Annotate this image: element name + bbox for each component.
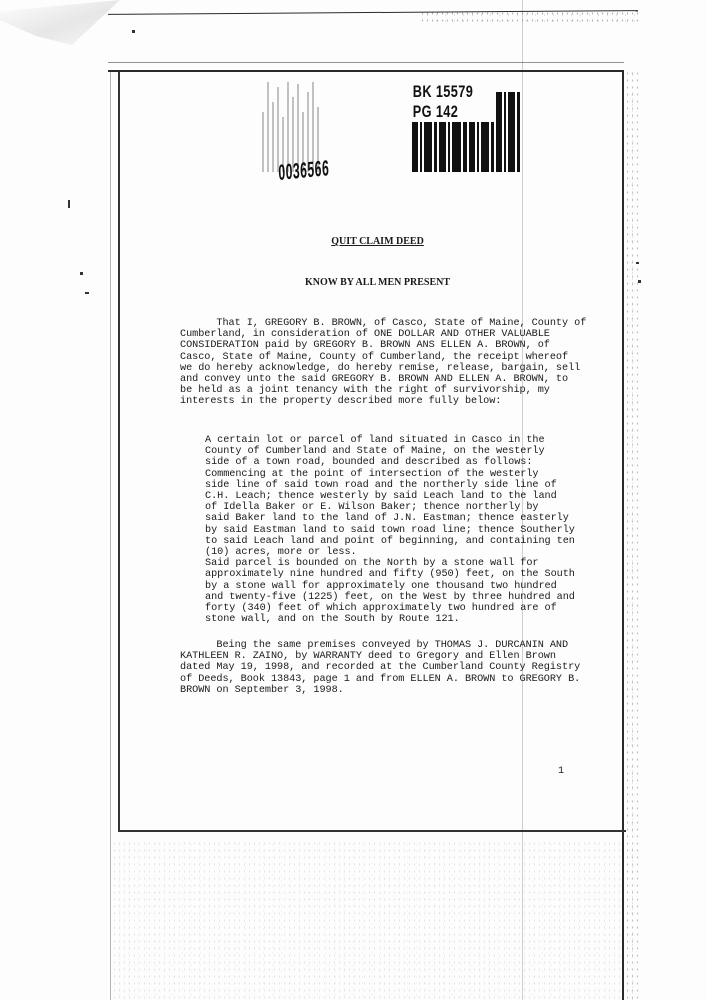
page-number: 1: [558, 766, 564, 777]
text-line: we do hereby acknowledge, do hereby remi…: [180, 363, 586, 374]
book-page-barcode: BK 15579 PG 142: [412, 84, 522, 174]
book-page-label: BK 15579 PG 142: [412, 82, 495, 122]
left-scan-edge: [110, 70, 111, 1000]
text-line: (10) acres, more or less.: [205, 547, 575, 558]
text-line: Said parcel is bounded on the North by a…: [205, 558, 575, 569]
source-paragraph: Being the same premises conveyed by THOM…: [180, 640, 580, 696]
text-line: of Idella Baker or E. Wilson Baker; then…: [205, 502, 575, 513]
text-line: stone wall, and on the South by Route 12…: [205, 614, 575, 625]
property-description: A certain lot or parcel of land situated…: [205, 435, 575, 625]
text-line: KATHLEEN R. ZAINO, by WARRANTY deed to G…: [180, 651, 580, 662]
grant-paragraph: That I, GREGORY B. BROWN, of Casco, Stat…: [180, 318, 586, 408]
text-line: of Deeds, Book 13843, page 1 and from EL…: [180, 674, 580, 685]
deed-title: QUIT CLAIM DEED: [0, 236, 707, 247]
text-line: to said Leach land and point of beginnin…: [205, 536, 575, 547]
text-line: BROWN on September 3, 1998.: [180, 685, 580, 696]
text-line: That I, GREGORY B. BROWN, of Casco, Stat…: [180, 318, 586, 329]
text-line: by said Eastman land to said town road l…: [205, 525, 575, 536]
text-line: and convey unto the said GREGORY B. BROW…: [180, 374, 586, 385]
text-line: CONSIDERATION paid by GREGORY B. BROWN A…: [180, 340, 586, 351]
text-line: Being the same premises conveyed by THOM…: [180, 640, 580, 651]
outer-frame-top-dotted: [108, 62, 624, 63]
scan-noise-right: [625, 70, 641, 1000]
text-line: side line of said town road and the nort…: [205, 480, 575, 491]
text-line: dated May 19, 1998, and recorded at the …: [180, 662, 580, 673]
text-line: C.H. Leach; thence westerly by said Leac…: [205, 491, 575, 502]
text-line: County of Cumberland and State of Maine,…: [205, 446, 575, 457]
text-line: Cumberland, in consideration of ONE DOLL…: [180, 329, 586, 340]
text-line: be held as a joint tenancy with the righ…: [180, 385, 586, 396]
document-number: 0036566: [278, 155, 330, 186]
text-line: Commencing at the point of intersection …: [205, 469, 575, 480]
scan-noise-bottom: [112, 840, 620, 1000]
text-line: said Baker land to the land of J.N. East…: [205, 513, 575, 524]
text-line: approximately nine hundred and fifty (95…: [205, 569, 575, 580]
scan-noise-top: [420, 10, 640, 26]
text-line: and twenty-five (1225) feet, on the West…: [205, 592, 575, 603]
text-line: interests in the property described more…: [180, 396, 586, 407]
text-line: A certain lot or parcel of land situated…: [205, 435, 575, 446]
text-line: side of a town road, bounded and describ…: [205, 457, 575, 468]
text-line: by a stone wall for approximately one th…: [205, 581, 575, 592]
deed-subtitle: KNOW BY ALL MEN PRESENT: [0, 277, 707, 288]
text-line: forty (340) feet of which approximately …: [205, 603, 575, 614]
page-curl: [0, 0, 120, 45]
text-line: Casco, State of Maine, County of Cumberl…: [180, 352, 586, 363]
